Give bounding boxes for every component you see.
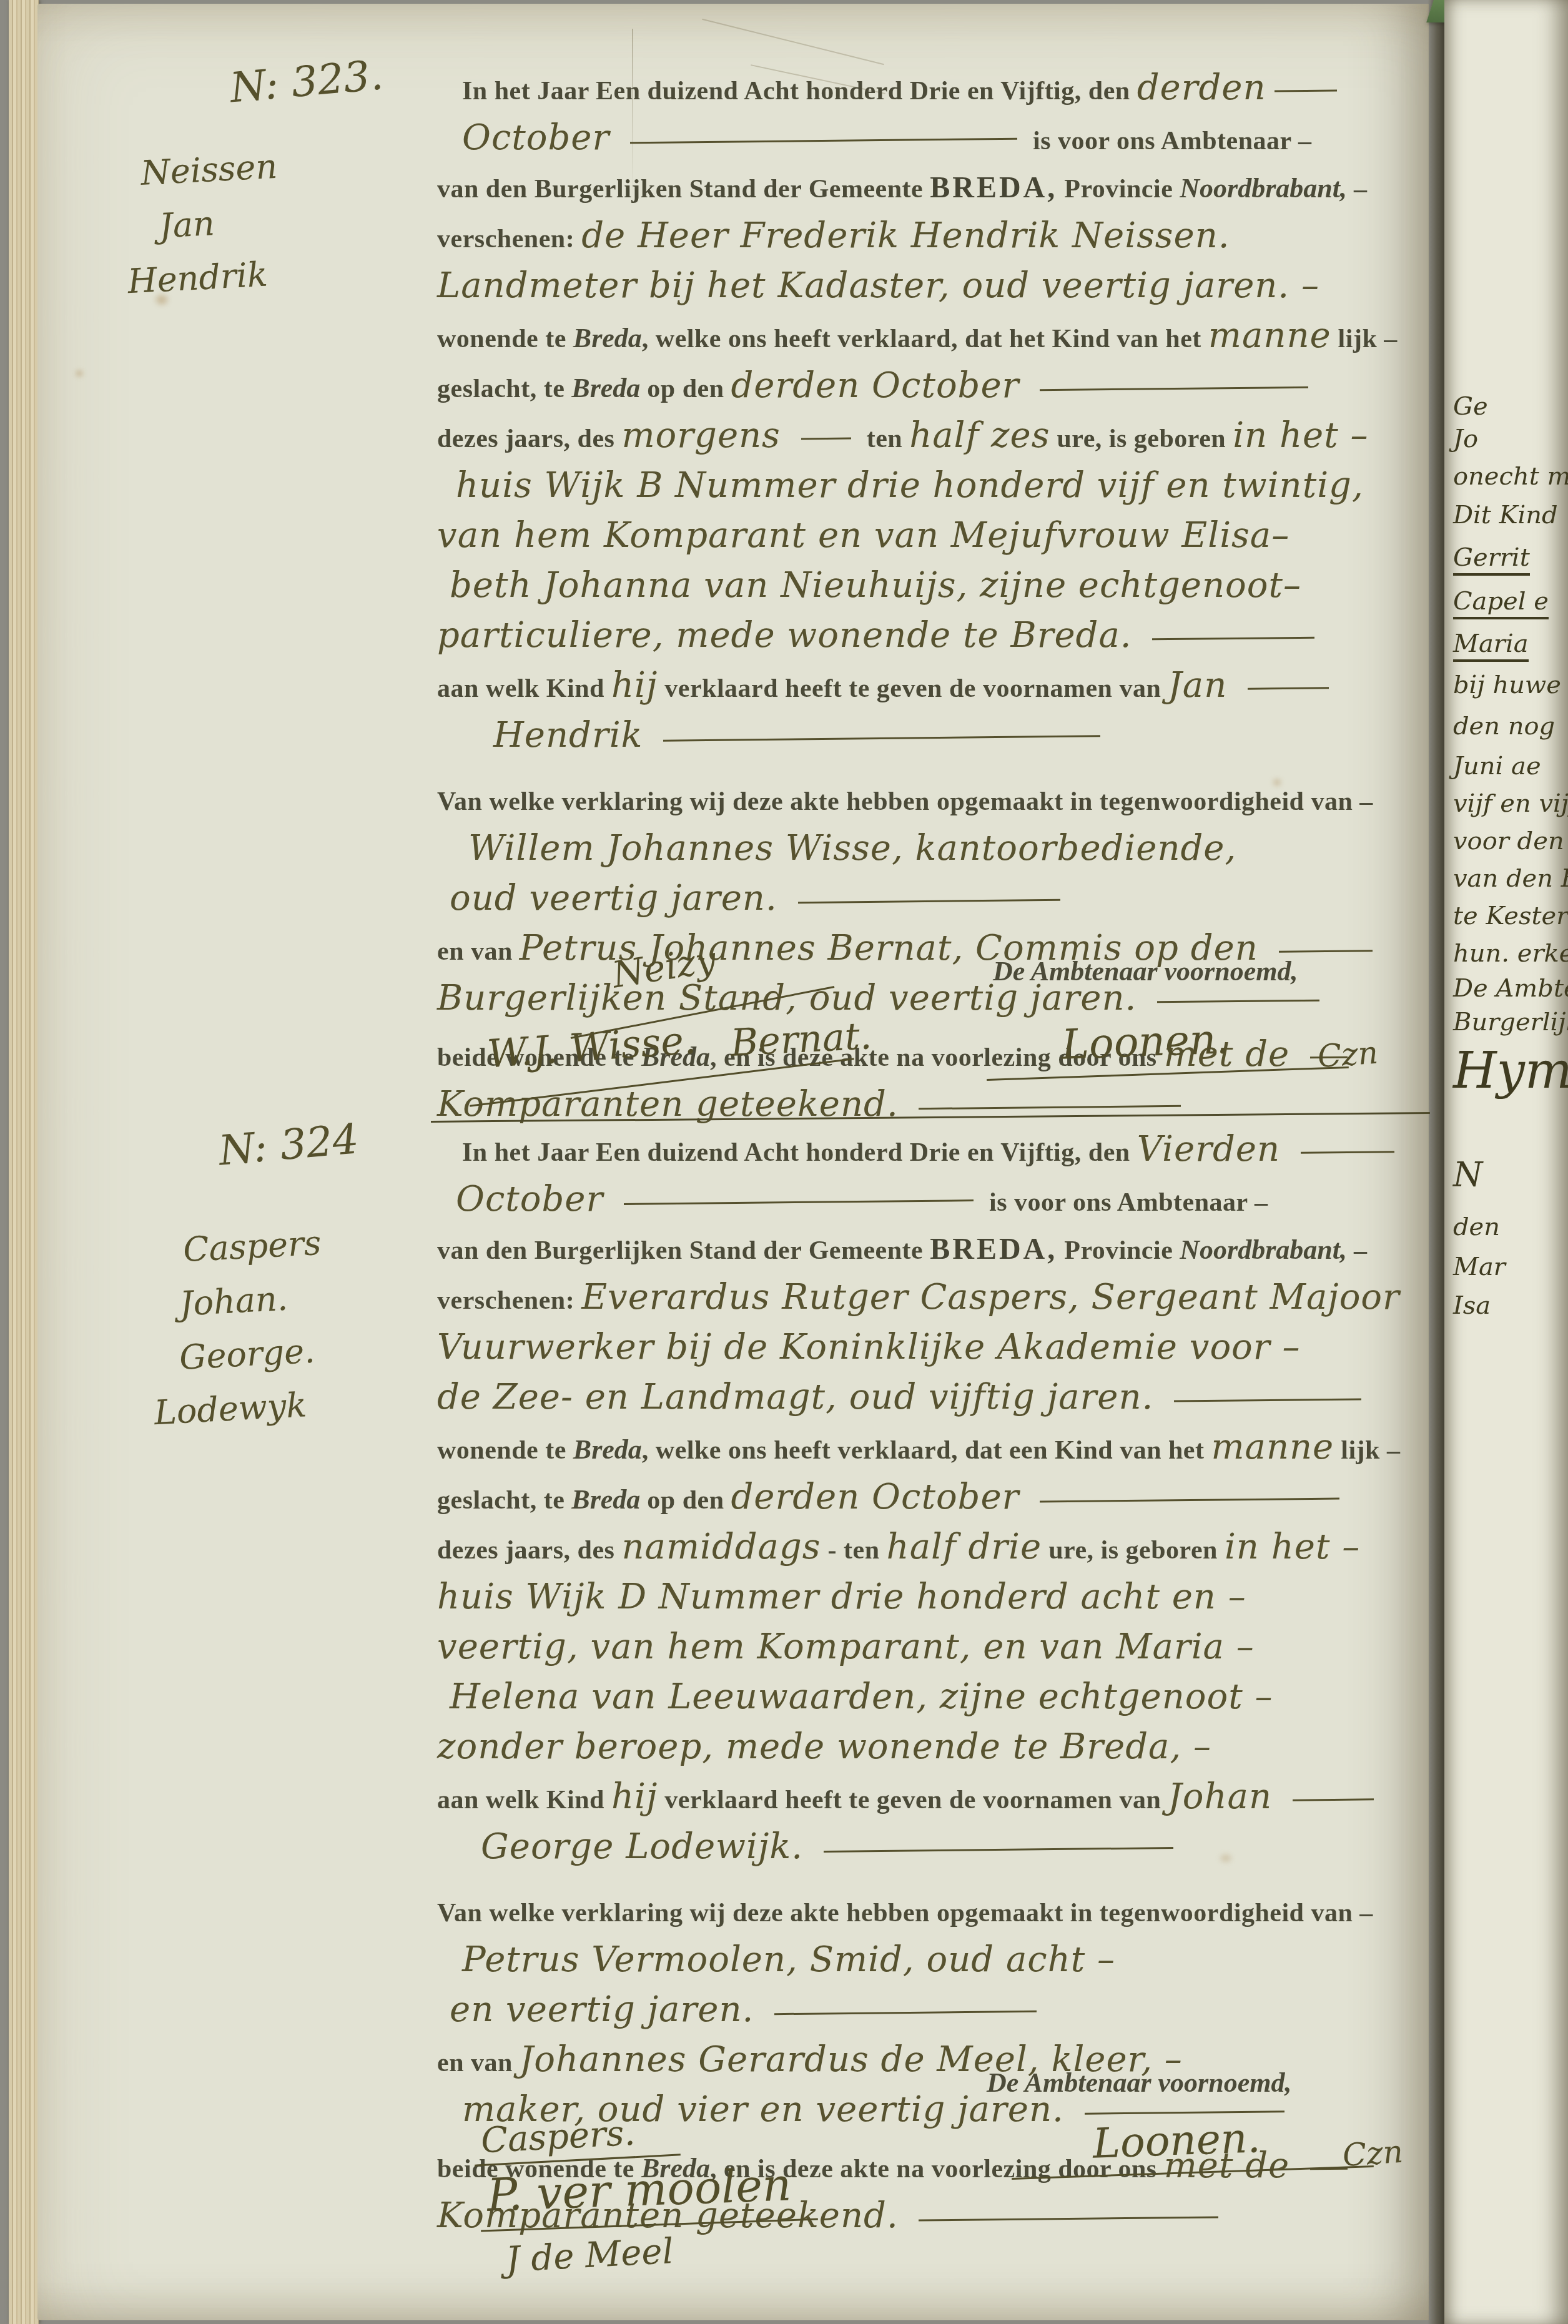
handwritten-text: beth Johanna van Nieuhuijs, zijne echtge… xyxy=(450,565,1301,606)
handwritten-text: Jan xyxy=(1168,665,1239,706)
margin-name: Jan xyxy=(158,194,282,254)
handwritten-text: Helena van Leeuwaarden, zijne echtgenoot… xyxy=(450,1677,1273,1717)
act-line: dezes jaars, des morgens ten half zes ur… xyxy=(437,415,1427,465)
act-line: In het Jaar Een duizend Acht honderd Dri… xyxy=(462,1129,1427,1179)
signature-witness-1: W.J. Wisse. xyxy=(486,1017,698,1076)
ink-rule xyxy=(1040,387,1308,391)
printed-text: - ten xyxy=(821,1536,887,1565)
ink-rule xyxy=(774,2011,1037,2015)
handwritten-text: van hem Komparant en van Mejufvrouw Elis… xyxy=(437,515,1289,556)
handwritten-text: Willem Johannes Wisse, kantoorbediende, xyxy=(468,828,1236,869)
ink-rule xyxy=(1293,1798,1374,1801)
next-page-text-fragment: Burgerlijk. xyxy=(1453,1008,1568,1036)
next-page-text-fragment: Ge xyxy=(1453,392,1488,421)
handwritten-text: de Zee- en Landmagt, oud vijftig jaren. xyxy=(437,1377,1165,1417)
printed-text: Provincie xyxy=(1057,1236,1180,1265)
officiant-label: De Ambtenaar voornoemd, xyxy=(987,2067,1291,2099)
handwritten-text: half zes xyxy=(909,415,1050,456)
act-line: verschenen: de Heer Frederik Hendrik Nei… xyxy=(437,215,1427,265)
handwritten-text: October xyxy=(462,117,621,158)
stain xyxy=(74,368,85,378)
printed-text: , welke ons heeft verklaard, dat het Kin… xyxy=(642,325,1208,353)
act-line: beth Johanna van Nieuhuijs, zijne echtge… xyxy=(450,565,1427,615)
act-line: wonende te Breda, welke ons heeft verkla… xyxy=(437,315,1427,365)
printed-text: dezes jaars, des xyxy=(437,425,621,453)
printed-text: geslacht, te xyxy=(437,375,571,403)
printed-text: dezes jaars, des xyxy=(437,1536,621,1565)
handwritten-text: veertig, van hem Komparant, en van Maria… xyxy=(437,1627,1255,1667)
next-page-text-fragment: vijf en vijf xyxy=(1453,789,1568,818)
handwritten-text: derden October xyxy=(731,365,1032,406)
handwritten-text: manne xyxy=(1208,315,1331,356)
handwritten-text: Vierden xyxy=(1137,1129,1292,1169)
next-page-text-fragment: Capel e xyxy=(1453,587,1549,619)
signature-witness-1: P. ver moolen xyxy=(486,2159,792,2222)
act-line: verschenen: Everardus Rutger Caspers, Se… xyxy=(437,1277,1427,1327)
next-page-text-fragment: Mar xyxy=(1453,1253,1506,1281)
margin-name: Neissen xyxy=(139,140,279,200)
act-line: oud veertig jaren. xyxy=(450,878,1427,928)
ink-rule xyxy=(1174,1398,1361,1402)
printed-text: Noordbrabant, xyxy=(1180,1234,1347,1265)
ink-rule xyxy=(630,138,1017,144)
act-line: van hem Komparant en van Mejufvrouw Elis… xyxy=(437,515,1427,565)
act-line: aan welk Kind hij verklaard heeft te gev… xyxy=(437,1776,1427,1826)
next-page-text-fragment: Juni ae xyxy=(1453,752,1541,780)
act-line: particuliere, mede wonende te Breda. xyxy=(437,615,1427,665)
margin-name: Johan. xyxy=(179,1270,325,1331)
printed-text: ten xyxy=(860,425,910,453)
margin-name: Hendrik xyxy=(126,247,284,308)
book-scan: { "colors":{"paper":"#e2e2d3","next_pape… xyxy=(0,0,1568,2324)
printed-text: ure, is geboren xyxy=(1042,1536,1225,1565)
printed-text: verschenen: xyxy=(437,225,581,254)
next-page-text-fragment: den nog xyxy=(1453,712,1555,741)
ink-rule xyxy=(801,438,851,440)
next-page-text-fragment: Maria xyxy=(1453,629,1529,662)
act-line: October is voor ons Ambtenaar – xyxy=(462,117,1427,167)
handwritten-text: de Heer Frederik Hendrik Neissen. xyxy=(581,215,1230,256)
handwritten-text: in het – xyxy=(1233,415,1368,456)
handwritten-text: Landmeter bij het Kadaster, oud veertig … xyxy=(437,265,1319,306)
act-line: dezes jaars, des namiddags - ten half dr… xyxy=(437,1527,1427,1577)
printed-text: geslacht, te xyxy=(437,1486,571,1515)
ink-rule xyxy=(1301,1151,1394,1154)
handwritten-text: Petrus Vermoolen, Smid, oud acht – xyxy=(462,1939,1115,1980)
book-gutter xyxy=(1427,0,1445,2324)
handwritten-text: Everardus Rutger Caspers, Sergeant Majoo… xyxy=(581,1277,1400,1317)
act-line: veertig, van hem Komparant, en van Maria… xyxy=(437,1627,1427,1677)
act-line: Van welke verklaring wij deze akte hebbe… xyxy=(437,1893,1427,1939)
signature-witness-2: Bernat. xyxy=(729,1014,872,1065)
printed-text: Van welke verklaring wij deze akte hebbe… xyxy=(437,1899,1373,1928)
ink-rule xyxy=(1248,687,1329,689)
printed-text: Breda xyxy=(573,1434,642,1465)
handwritten-text: derden October xyxy=(731,1477,1032,1517)
printed-text: Breda xyxy=(571,1484,640,1515)
printed-text: verklaard heeft te geven de voornamen va… xyxy=(658,1786,1168,1814)
ink-rule xyxy=(1040,1497,1339,1502)
printed-text: aan welk Kind xyxy=(437,674,611,703)
printed-text: op den xyxy=(640,1486,731,1515)
act-line: geslacht, te Breda op den derden October xyxy=(437,1477,1427,1527)
act-line: van den Burgerlijken Stand der Gemeente … xyxy=(437,167,1427,215)
officiant-label: De Ambtenaar voornoemd, xyxy=(993,955,1298,987)
handwritten-text: George Lodewijk. xyxy=(481,1826,815,1867)
act-line: Vuurwerker bij de Koninklijke Akademie v… xyxy=(437,1327,1427,1377)
act-line: huis Wijk B Nummer drie honderd vijf en … xyxy=(456,465,1427,515)
printed-text: BREDA, xyxy=(930,171,1057,204)
printed-text: wonende te xyxy=(437,1436,573,1465)
handwritten-text: huis Wijk B Nummer drie honderd vijf en … xyxy=(456,465,1364,506)
margin-name: Caspers xyxy=(182,1216,322,1277)
act-line: Helena van Leeuwaarden, zijne echtgenoot… xyxy=(450,1677,1427,1726)
act-line: de Zee- en Landmagt, oud vijftig jaren. xyxy=(437,1377,1427,1427)
paper-scratch xyxy=(702,19,884,66)
next-page-text-fragment: Isa xyxy=(1453,1291,1491,1320)
printed-text: van den Burgerlijken Stand der Gemeente xyxy=(437,1236,930,1265)
next-page-text-fragment: Gerrit xyxy=(1453,543,1530,576)
ink-rule xyxy=(1275,89,1337,92)
margin-name: Lodewyk xyxy=(153,1377,331,1440)
handwritten-text: oud veertig jaren. xyxy=(450,878,789,918)
handwritten-text: namiddags xyxy=(621,1527,821,1567)
signature-flourish xyxy=(987,1066,1349,1081)
printed-text: In het Jaar Een duizend Acht honderd Dri… xyxy=(462,1138,1137,1167)
printed-text: is voor ons Ambtenaar – xyxy=(1026,127,1311,155)
printed-text: – xyxy=(1347,175,1368,204)
next-page-text-fragment: voor den xyxy=(1453,827,1564,855)
act-line: Hendrik xyxy=(493,715,1427,765)
handwritten-text: Johan xyxy=(1168,1776,1283,1817)
printed-text: lijk – xyxy=(1331,325,1398,353)
signature-paraph: Czn xyxy=(1316,1035,1379,1075)
printed-text: wonende te xyxy=(437,325,573,353)
ink-rule xyxy=(1152,637,1314,641)
printed-text: Breda xyxy=(571,373,640,403)
act-line: Petrus Vermoolen, Smid, oud acht – xyxy=(462,1939,1427,1989)
book-page-edges xyxy=(9,0,39,2324)
signature-declarant: Neizy xyxy=(609,938,719,996)
handwritten-text: in het – xyxy=(1225,1527,1360,1567)
handwritten-text: Hendrik xyxy=(493,715,654,756)
handwritten-text: manne xyxy=(1211,1427,1334,1467)
printed-text: Van welke verklaring wij deze akte hebbe… xyxy=(437,787,1373,816)
act-line: In het Jaar Een duizend Acht honderd Dri… xyxy=(462,67,1427,117)
printed-text: Provincie xyxy=(1057,175,1180,204)
act-line: zonder beroep, mede wonende te Breda, – xyxy=(437,1726,1427,1776)
act-line: Landmeter bij het Kadaster, oud veertig … xyxy=(437,265,1427,315)
next-page-text-fragment: van den Bu xyxy=(1453,864,1568,893)
printed-text: verschenen: xyxy=(437,1286,581,1315)
printed-text: aan welk Kind xyxy=(437,1786,611,1814)
signature-flourish xyxy=(481,2218,818,2232)
printed-text: ure, is geboren xyxy=(1050,425,1233,453)
printed-text: , welke ons heeft verklaard, dat een Kin… xyxy=(642,1436,1211,1465)
handwritten-text: huis Wijk D Nummer drie honderd acht en … xyxy=(437,1577,1246,1617)
next-page-text-fragment: hun. erke xyxy=(1453,939,1568,968)
ink-rule xyxy=(824,1847,1173,1853)
ink-rule xyxy=(663,735,1100,741)
handwritten-text: October xyxy=(456,1179,615,1219)
act-line: van den Burgerlijken Stand der Gemeente … xyxy=(437,1229,1427,1277)
next-page-text-fragment: N xyxy=(1453,1155,1482,1194)
act-margin-names-323: NeissenJanHendrik xyxy=(121,140,284,309)
next-page-text-fragment: De Ambtenaa xyxy=(1453,974,1568,1003)
printed-text: Breda xyxy=(573,323,642,353)
printed-text: verklaard heeft te geven de voornamen va… xyxy=(658,674,1168,703)
next-page-text-fragment: Jo xyxy=(1453,425,1478,453)
ink-rule xyxy=(624,1199,974,1205)
printed-text: is voor ons Ambtenaar – xyxy=(982,1188,1268,1217)
next-page-sliver: GeJoonecht mDit KindGerritCapel eMariabi… xyxy=(1444,0,1568,2324)
signature-registrar: Loonen. xyxy=(1061,1015,1230,1068)
act-line: huis Wijk D Nummer drie honderd acht en … xyxy=(437,1577,1427,1627)
printed-text: Noordbrabant, xyxy=(1180,173,1347,204)
act-line: Willem Johannes Wisse, kantoorbediende, xyxy=(468,828,1427,878)
next-page-text-fragment: bij huwe xyxy=(1453,671,1561,699)
printed-text: van den Burgerlijken Stand der Gemeente xyxy=(437,175,930,204)
act-line: October is voor ons Ambtenaar – xyxy=(456,1179,1427,1229)
next-page-text-fragment: Hym xyxy=(1453,1041,1568,1100)
next-page-text-fragment: den xyxy=(1453,1213,1500,1241)
handwritten-text: particuliere, mede wonende te Breda. xyxy=(437,615,1143,656)
act-line: wonende te Breda, welke ons heeft verkla… xyxy=(437,1427,1427,1477)
next-page-text-fragment: onecht m xyxy=(1453,462,1568,491)
act-line: aan welk Kind hij verklaard heeft te gev… xyxy=(437,665,1427,715)
signature-declarant: Caspers. xyxy=(480,2113,636,2162)
signature-paraph: Czn xyxy=(1341,2134,1404,2174)
act-line: Van welke verklaring wij deze akte hebbe… xyxy=(437,781,1427,828)
printed-text: In het Jaar Een duizend Acht honderd Dri… xyxy=(462,77,1137,106)
printed-text: BREDA, xyxy=(930,1233,1057,1266)
act-line: George Lodewijk. xyxy=(481,1826,1427,1876)
printed-text: – xyxy=(1347,1236,1368,1265)
handwritten-text: derden xyxy=(1137,67,1266,108)
act-323-signatures: De Ambtenaar voornoemd, Neizy W.J. Wisse… xyxy=(437,937,1427,1111)
act-margin-names-324: CaspersJohan.George.Lodewyk xyxy=(144,1216,331,1440)
signature-witness-2: J de Meel xyxy=(505,2231,674,2280)
act-324-signatures: De Ambtenaar voornoemd, Caspers. P. ver … xyxy=(437,2023,1427,2298)
handwritten-text: zonder beroep, mede wonende te Breda, – xyxy=(437,1726,1211,1767)
printed-text: lijk – xyxy=(1334,1436,1400,1465)
margin-name: George. xyxy=(178,1324,328,1385)
handwritten-text: half drie xyxy=(887,1527,1042,1567)
handwritten-text: hij xyxy=(611,1776,658,1817)
handwritten-text: hij xyxy=(611,665,658,706)
handwritten-text: morgens xyxy=(621,415,792,456)
signature-flourish xyxy=(1012,2165,1374,2180)
handwritten-text: Vuurwerker bij de Koninklijke Akademie v… xyxy=(437,1327,1300,1367)
next-page-text-fragment: Dit Kind xyxy=(1453,501,1558,529)
signature-registrar: Loonen. xyxy=(1092,2114,1261,2167)
act-line: geslacht, te Breda op den derden October xyxy=(437,365,1427,415)
printed-text: op den xyxy=(640,375,731,403)
next-page-text-fragment: te Kestere xyxy=(1453,902,1568,930)
ink-rule xyxy=(798,899,1060,904)
